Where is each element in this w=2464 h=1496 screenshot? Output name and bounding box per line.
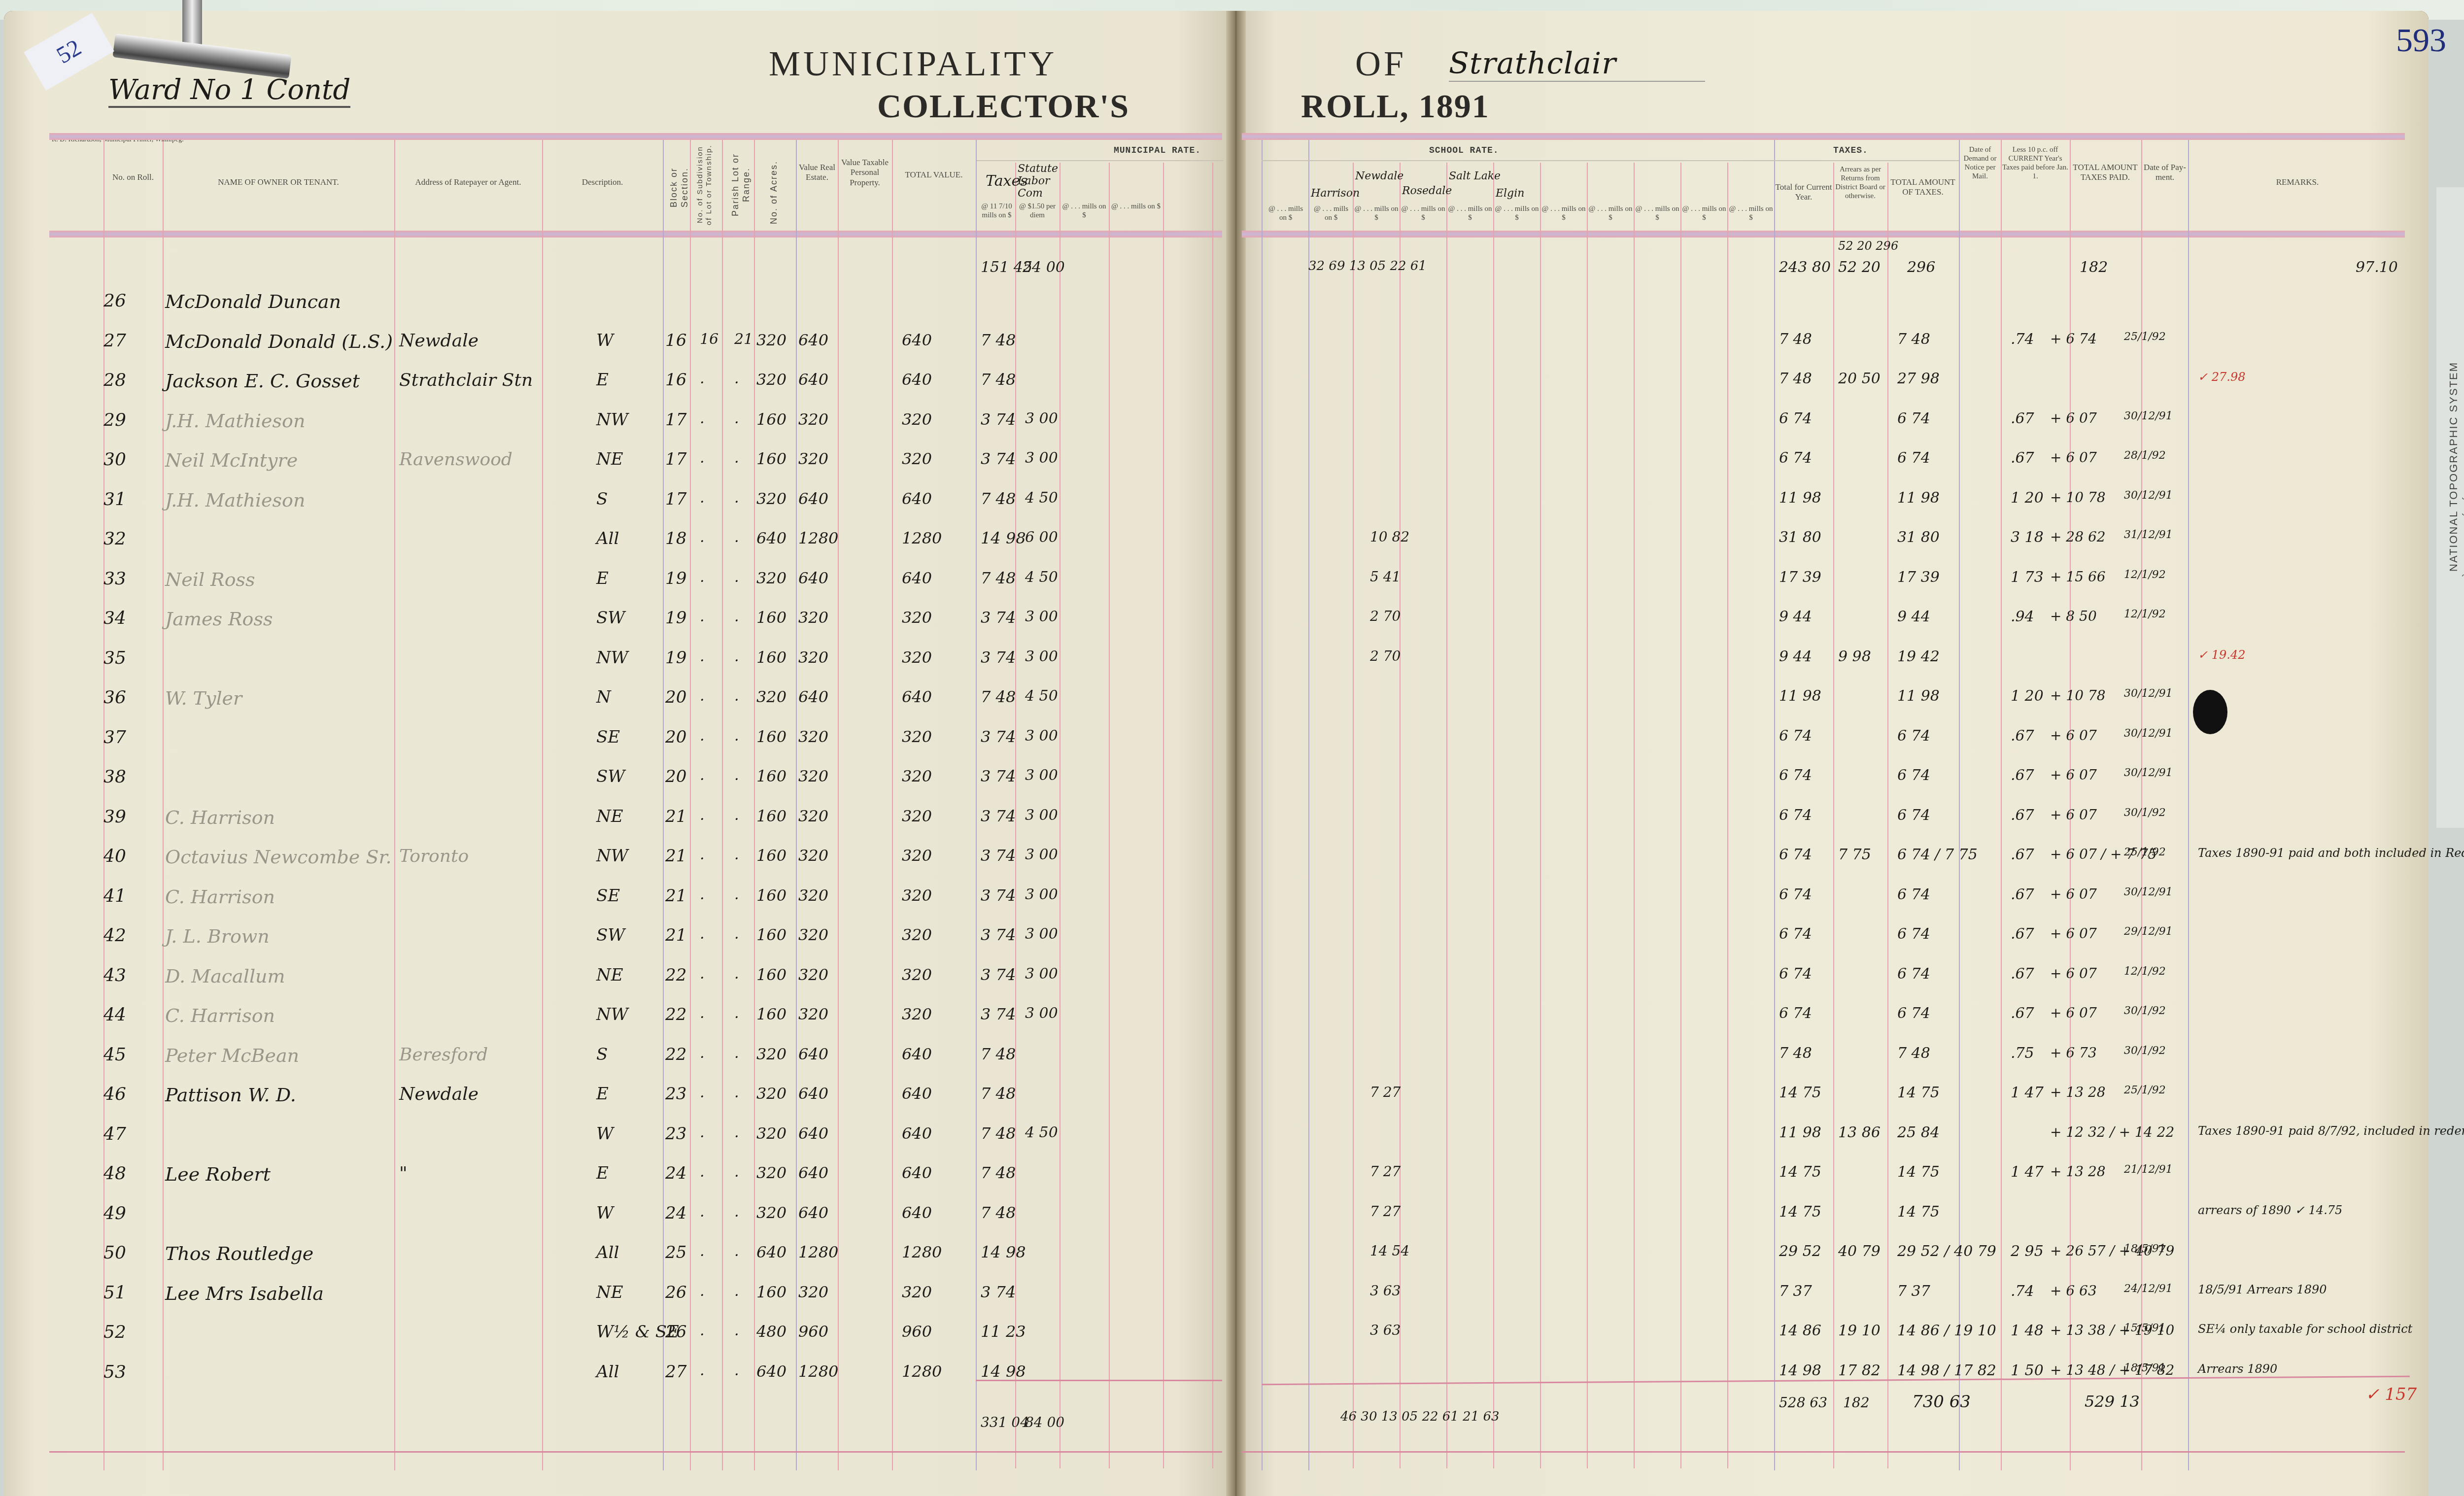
total-amount-taxes: 31 80 xyxy=(1897,529,1940,546)
row-number: 29 xyxy=(103,410,126,430)
header-total-paid: TOTAL AMOUNT TAXES PAID. xyxy=(2071,163,2140,183)
acres: 480 xyxy=(756,1322,787,1341)
rule xyxy=(1774,160,1959,161)
parish-lot: . xyxy=(734,529,739,546)
description: N xyxy=(596,687,611,707)
rule xyxy=(1587,163,1588,1468)
total-arrears: 182 xyxy=(1843,1394,1869,1411)
row-number: 49 xyxy=(103,1203,126,1224)
rule xyxy=(1680,163,1681,1468)
parish-lot: . xyxy=(734,1084,739,1101)
subdivision: . xyxy=(700,449,705,467)
school-rate-5: @ . . . mills on $ xyxy=(1495,204,1539,222)
total-amount-taxes: 11 98 xyxy=(1897,687,1940,705)
subdivision: . xyxy=(700,846,705,863)
block-section: 21 xyxy=(665,807,686,826)
subdivision: . xyxy=(700,1322,705,1339)
discount-10pc: .67 xyxy=(2011,965,2034,983)
remarks: 18/5/91 Arrears 1890 xyxy=(2198,1283,2327,1296)
acres: 160 xyxy=(756,767,787,785)
description: NW xyxy=(596,1005,628,1024)
parish-lot: . xyxy=(734,489,739,507)
total-amount-taxes: 7 37 xyxy=(1897,1283,1930,1300)
title-of: OF xyxy=(1355,43,1406,84)
total-current-year: 17 39 xyxy=(1779,569,1821,586)
discount-10pc: 1 47 xyxy=(2011,1163,2044,1181)
header-band-top-left xyxy=(49,133,1222,140)
date-of-payment: 30/12/91 xyxy=(2124,727,2173,740)
row-number: 38 xyxy=(103,767,126,787)
ratepayer-address: Strathclair Stn xyxy=(399,370,533,390)
school-tax: 2 70 xyxy=(1370,608,1401,624)
school-rate-6: @ . . . mills on $ xyxy=(1541,204,1586,222)
subdivision: . xyxy=(700,1163,705,1181)
parish-lot: . xyxy=(734,648,739,665)
total-taxes-paid: + 6 73 xyxy=(2050,1045,2097,1061)
muni-sub-rate-3: @ . . . mills on $ xyxy=(1061,202,1108,220)
statute-labor: 3 00 xyxy=(1025,965,1058,983)
acres: 160 xyxy=(756,886,787,905)
statute-labor: 3 00 xyxy=(1025,1005,1058,1022)
subdivision: . xyxy=(700,767,705,784)
remarks: ✓ 27.98 xyxy=(2198,370,2245,384)
row-number: 39 xyxy=(103,807,126,827)
header-taxes: TAXES. xyxy=(1833,146,1868,156)
ratepayer-address: Toronto xyxy=(399,846,469,866)
statute-labor: 3 00 xyxy=(1025,727,1058,745)
owner-name: Neil McIntyre xyxy=(165,449,298,471)
total-taxes-paid: + 6 07 xyxy=(2050,925,2097,942)
row-number: 37 xyxy=(103,727,126,748)
acres: 320 xyxy=(756,1163,787,1182)
owner-name: Peter McBean xyxy=(165,1045,299,1066)
statute-labor: 3 00 xyxy=(1025,886,1058,903)
description: NE xyxy=(596,965,623,985)
total-value: 640 xyxy=(902,1163,932,1182)
total-value: 320 xyxy=(902,807,932,825)
discount-10pc: 1 73 xyxy=(2011,569,2044,586)
acres: 640 xyxy=(756,1243,787,1261)
block-section: 22 xyxy=(665,1005,686,1024)
discount-10pc: 3 18 xyxy=(2011,529,2044,546)
block-section: 24 xyxy=(665,1203,686,1223)
side-label-strip: NATIONAL TOPOGRAPHIC SYSTEM SYSTÈME DE R… xyxy=(2436,187,2464,828)
cf-school: 32 69 13 05 22 61 xyxy=(1308,259,1427,273)
discount-10pc: .67 xyxy=(2011,886,2034,903)
ratepayer-address: Newdale xyxy=(399,1084,479,1104)
rule xyxy=(1262,140,1263,1470)
value-real-estate: 1280 xyxy=(798,1362,838,1381)
municipal-taxes: 14 98 xyxy=(981,529,1026,547)
cf-total-current: 243 80 xyxy=(1779,259,1831,276)
total-taxes-paid: + 6 63 xyxy=(2050,1283,2097,1299)
description: SE xyxy=(596,727,620,747)
arrears: 40 79 xyxy=(1838,1243,1881,1260)
description: NE xyxy=(596,807,623,826)
total-amount-taxes: 29 52 / 40 79 xyxy=(1897,1243,1996,1260)
rule xyxy=(1727,163,1728,1468)
total-current-year: 11 98 xyxy=(1779,687,1821,705)
ratepayer-address: Ravenswood xyxy=(399,449,513,470)
municipal-taxes: 3 74 xyxy=(981,608,1016,627)
discount-10pc: 1 20 xyxy=(2011,687,2044,705)
total-value: 640 xyxy=(902,331,932,349)
total-value: 640 xyxy=(902,370,932,389)
header-no-on-roll: No. on Roll. xyxy=(104,172,162,182)
description: All xyxy=(596,529,619,548)
parish-lot: . xyxy=(734,1243,739,1260)
date-of-payment: 30/12/91 xyxy=(2124,489,2173,502)
school-tax: 10 82 xyxy=(1370,529,1409,545)
total-current-year: 9 44 xyxy=(1779,648,1812,665)
municipal-taxes: 3 74 xyxy=(981,886,1016,905)
total-taxes-paid: + 8 50 xyxy=(2050,608,2097,624)
total-amount-taxes: 14 75 xyxy=(1897,1163,1940,1181)
school-tax: 14 54 xyxy=(1370,1243,1409,1259)
side-label-1: NATIONAL TOPOGRAPHIC SYSTEM xyxy=(2447,362,2460,572)
total-amount-taxes: 7 48 xyxy=(1897,331,1930,348)
header-acres: No. of Acres. xyxy=(769,158,780,227)
row-number: 30 xyxy=(103,449,126,470)
parish-lot: . xyxy=(734,1203,739,1221)
cf-arrears: 52 20 xyxy=(1838,259,1881,276)
total-value: 640 xyxy=(902,489,932,508)
arrears: 20 50 xyxy=(1838,370,1881,387)
total-value: 320 xyxy=(902,727,932,746)
rule xyxy=(1446,163,1447,1468)
value-real-estate: 320 xyxy=(798,727,828,746)
owner-name: James Ross xyxy=(165,608,273,630)
subdivision: . xyxy=(700,529,705,546)
total-school: 46 30 13 05 22 61 21 63 xyxy=(1340,1409,1500,1424)
header-municipal-rate: MUNICIPAL RATE. xyxy=(1114,146,1201,156)
header-name: NAME OF OWNER OR TENANT. xyxy=(164,177,393,187)
municipal-taxes: 11 23 xyxy=(981,1322,1026,1341)
total-current-year: 6 74 xyxy=(1779,767,1812,784)
date-of-payment: 21/12/91 xyxy=(2124,1163,2173,1176)
school-tax: 3 63 xyxy=(1370,1283,1401,1299)
owner-name: J.H. Mathieson xyxy=(165,410,305,432)
block-section: 25 xyxy=(665,1243,686,1262)
discount-10pc: .67 xyxy=(2011,767,2034,784)
total-amount-taxes: 6 74 xyxy=(1897,965,1930,983)
subdivision: . xyxy=(700,489,705,507)
block-section: 23 xyxy=(665,1084,686,1104)
discount-10pc: .67 xyxy=(2011,1005,2034,1022)
rule xyxy=(1262,160,1774,161)
discount-10pc: 1 20 xyxy=(2011,489,2044,507)
total-amount-taxes: 14 86 / 19 10 xyxy=(1897,1322,1996,1339)
total-current-year: 7 37 xyxy=(1779,1283,1812,1300)
total-amount-taxes: 14 75 xyxy=(1897,1084,1940,1101)
total-taxes-paid: + 28 62 xyxy=(2050,529,2106,545)
total-amount-taxes: 6 74 xyxy=(1897,767,1930,784)
total-taxes-paid: + 6 07 xyxy=(2050,1005,2097,1021)
municipal-taxes: 3 74 xyxy=(981,449,1016,468)
total-current-year: 14 75 xyxy=(1779,1163,1821,1181)
municipal-taxes: 7 48 xyxy=(981,1124,1016,1143)
discount-10pc: .67 xyxy=(2011,410,2034,427)
statute-labor: 3 00 xyxy=(1025,767,1058,784)
total-statute: 84 00 xyxy=(1025,1414,1064,1430)
rule xyxy=(892,140,893,1470)
total-value: 1280 xyxy=(902,529,942,547)
owner-name: Pattison W. D. xyxy=(165,1084,296,1106)
value-real-estate: 640 xyxy=(798,1124,828,1143)
acres: 160 xyxy=(756,1283,787,1301)
muni-sub-rate-taxes: @ 11 7/10 mills on $ xyxy=(978,202,1015,220)
subdivision: . xyxy=(700,1362,705,1379)
total-current-year: 31 80 xyxy=(1779,529,1821,546)
total-value: 320 xyxy=(902,449,932,468)
description: SE xyxy=(596,886,620,906)
municipal-taxes: 3 74 xyxy=(981,846,1016,865)
rule xyxy=(1308,140,1309,1470)
block-section: 17 xyxy=(665,410,686,430)
date-of-payment: 30/1/92 xyxy=(2124,1045,2166,1057)
subdivision: . xyxy=(700,965,705,983)
parish-lot: . xyxy=(734,449,739,467)
description: E xyxy=(596,1084,609,1104)
arrears: 9 98 xyxy=(1838,648,1871,665)
school-rate-3: @ . . . mills on $ xyxy=(1401,204,1445,222)
school-rate-1: @ . . . mills on $ xyxy=(1310,204,1352,222)
date-of-payment: 30/1/92 xyxy=(2124,1005,2166,1017)
value-real-estate: 320 xyxy=(798,807,828,825)
discount-10pc: .67 xyxy=(2011,807,2034,824)
block-section: 26 xyxy=(665,1283,686,1302)
municipal-taxes: 3 74 xyxy=(981,1283,1016,1301)
total-amount-taxes: 19 42 xyxy=(1897,648,1940,665)
date-of-payment: 12/1/92 xyxy=(2124,965,2166,978)
row-number: 41 xyxy=(103,886,126,906)
row-number: 40 xyxy=(103,846,126,866)
owner-name: Thos Routledge xyxy=(165,1243,313,1264)
value-real-estate: 320 xyxy=(798,648,828,667)
total-remarks: ✓ 157 xyxy=(2365,1385,2417,1404)
block-section: 21 xyxy=(665,886,686,906)
description: E xyxy=(596,370,609,390)
parish-lot: . xyxy=(734,1163,739,1181)
subdivision: . xyxy=(700,1203,705,1221)
block-section: 23 xyxy=(665,1124,686,1144)
value-real-estate: 320 xyxy=(798,1283,828,1301)
acres: 320 xyxy=(756,1084,787,1103)
owner-name: Lee Robert xyxy=(165,1163,271,1185)
municipal-taxes: 3 74 xyxy=(981,767,1016,785)
rule xyxy=(394,140,395,1470)
municipal-taxes: 3 74 xyxy=(981,727,1016,746)
remarks: Taxes 1890-91 paid 8/7/92, included in r… xyxy=(2198,1124,2464,1138)
total-current-year: 9 44 xyxy=(1779,608,1812,625)
value-real-estate: 640 xyxy=(798,331,828,349)
total-muni-taxes: 331 04 xyxy=(981,1414,1029,1430)
rule xyxy=(2188,140,2189,1470)
total-current: 528 63 xyxy=(1779,1394,1827,1411)
statute-labor: 3 00 xyxy=(1025,608,1058,625)
municipal-taxes: 14 98 xyxy=(981,1243,1026,1261)
total-paid: 529 13 xyxy=(2085,1392,2140,1411)
header-total-amount: TOTAL AMOUNT OF TAXES. xyxy=(1888,177,1957,198)
value-real-estate: 640 xyxy=(798,1203,828,1222)
rule xyxy=(1887,163,1888,1468)
row-number: 50 xyxy=(103,1243,126,1263)
discount-10pc: .75 xyxy=(2011,1045,2034,1062)
row-number: 26 xyxy=(103,291,126,311)
arrears: 7 75 xyxy=(1838,846,1871,863)
header-address: Address of Ratepayer or Agent. xyxy=(395,177,541,187)
rule xyxy=(722,140,723,1470)
discount-10pc: 1 48 xyxy=(2011,1322,2044,1339)
rule xyxy=(1400,163,1401,1468)
date-of-payment: 29/12/91 xyxy=(2124,925,2173,938)
description: NW xyxy=(596,648,628,668)
parish-lot: . xyxy=(734,687,739,705)
total-value: 640 xyxy=(902,1084,932,1103)
header-subdivision: No. of Subdivision of Lot or Township. xyxy=(696,143,714,227)
discount-10pc: .67 xyxy=(2011,846,2034,863)
rule xyxy=(838,140,839,1470)
total-value: 640 xyxy=(902,1045,932,1063)
rule xyxy=(1109,163,1110,1468)
statute-labor: 4 50 xyxy=(1025,569,1058,586)
subdivision: . xyxy=(700,886,705,903)
rule xyxy=(1353,163,1354,1468)
date-of-payment: 25/1/92 xyxy=(2124,1084,2166,1096)
total-current-year: 6 74 xyxy=(1779,449,1812,467)
municipal-taxes: 7 48 xyxy=(981,569,1016,587)
ratepayer-address: " xyxy=(399,1163,408,1184)
value-real-estate: 1280 xyxy=(798,529,838,547)
discount-10pc: 2 95 xyxy=(2011,1243,2044,1260)
cf-total-amount: 296 xyxy=(1907,259,1935,276)
total-taxes-paid: + 6 07 xyxy=(2050,449,2097,466)
municipal-taxes: 7 48 xyxy=(981,331,1016,349)
date-of-payment: 30/1/92 xyxy=(2124,807,2166,819)
total-amount-taxes: 14 98 / 17 82 xyxy=(1897,1362,1996,1379)
acres: 320 xyxy=(756,370,787,389)
remarks: Arrears 1890 xyxy=(2198,1362,2277,1376)
total-taxes-paid: + 6 07 xyxy=(2050,727,2097,744)
description: E xyxy=(596,569,609,588)
description: SW xyxy=(596,925,625,945)
title-collectors: COLLECTOR'S xyxy=(877,87,1129,126)
value-real-estate: 320 xyxy=(798,608,828,627)
block-section: 27 xyxy=(665,1362,686,1382)
parish-lot: . xyxy=(734,886,739,903)
statute-labor: 3 00 xyxy=(1025,410,1058,427)
acres: 160 xyxy=(756,807,787,825)
header-arrears: Arrears as per Returns from District Boa… xyxy=(1834,165,1886,201)
owner-name: Octavius Newcombe Sr. xyxy=(165,846,392,868)
row-number: 32 xyxy=(103,529,126,549)
total-value: 1280 xyxy=(902,1243,942,1261)
ratepayer-address: Newdale xyxy=(399,331,479,351)
rule xyxy=(1060,163,1061,1468)
block-section: 21 xyxy=(665,846,686,866)
owner-name: Jackson E. C. Gosset xyxy=(165,370,360,392)
school-tax: 2 70 xyxy=(1370,648,1401,664)
owner-name: D. Macallum xyxy=(165,965,285,987)
cf-arrears-above: 52 20 296 xyxy=(1838,239,1898,253)
municipality-name: Strathclair xyxy=(1449,46,1705,82)
date-of-payment: 28/1/92 xyxy=(2124,449,2166,462)
school-sub-elgin: Elgin xyxy=(1496,187,1524,200)
block-section: 22 xyxy=(665,1045,686,1064)
parish-lot: . xyxy=(734,965,739,983)
remarks: arrears of 1890 ✓ 14.75 xyxy=(2198,1203,2342,1217)
parish-lot: . xyxy=(734,1005,739,1022)
cf-remarks: 97.10 xyxy=(2356,259,2398,276)
school-tax: 5 41 xyxy=(1370,569,1401,585)
total-amount-taxes: 11 98 xyxy=(1897,489,1940,507)
school-tax: 7 27 xyxy=(1370,1203,1401,1220)
parish-lot: . xyxy=(734,1283,739,1300)
muni-sub-rate-statute: @ $1.50 per diem xyxy=(1016,202,1059,220)
total-value: 320 xyxy=(902,886,932,905)
total-value: 640 xyxy=(902,1203,932,1222)
total-current-year: 7 48 xyxy=(1779,370,1812,387)
value-real-estate: 640 xyxy=(798,370,828,389)
parish-lot: . xyxy=(734,569,739,586)
description: All xyxy=(596,1243,619,1262)
total-taxes-paid: + 6 07 xyxy=(2050,965,2097,982)
school-rate-10: @ . . . mills on $ xyxy=(1729,204,1773,222)
total-value: 320 xyxy=(902,767,932,785)
subdivision: . xyxy=(700,1005,705,1022)
total-value: 640 xyxy=(902,569,932,587)
total-value: 320 xyxy=(902,846,932,865)
row-number: 27 xyxy=(103,331,126,351)
header-value-real: Value Real Estate. xyxy=(797,163,837,183)
subdivision: . xyxy=(700,648,705,665)
rule xyxy=(1163,163,1164,1468)
total-value: 320 xyxy=(902,965,932,984)
remarks: Taxes 1890-91 paid and both included in … xyxy=(2198,846,2464,860)
total-taxes-paid: + 13 28 xyxy=(2050,1084,2106,1100)
subdivision: . xyxy=(700,807,705,824)
subdivision: . xyxy=(700,370,705,387)
statute-labor: 3 00 xyxy=(1025,648,1058,665)
date-of-payment: 15/5/91 xyxy=(2124,1322,2166,1334)
rule xyxy=(2001,140,2002,1470)
header-school-rate: SCHOOL RATE. xyxy=(1429,146,1499,156)
block-section: 16 xyxy=(665,370,686,390)
total-rule-left xyxy=(976,1380,1222,1381)
value-real-estate: 640 xyxy=(798,569,828,587)
parish-lot: . xyxy=(734,807,739,824)
total-value: 320 xyxy=(902,1005,932,1023)
subdivision: . xyxy=(700,608,705,625)
parish-lot: . xyxy=(734,846,739,863)
date-of-payment: 12/1/92 xyxy=(2124,608,2166,620)
rule xyxy=(754,140,755,1470)
total-current-year: 11 98 xyxy=(1779,489,1821,507)
total-current-year: 7 48 xyxy=(1779,331,1812,348)
row-number: 35 xyxy=(103,648,126,668)
owner-name: W. Tyler xyxy=(165,687,242,709)
total-amount-taxes: 9 44 xyxy=(1897,608,1930,625)
acres: 320 xyxy=(756,1124,787,1143)
title-roll-year: ROLL, 1891 xyxy=(1301,87,1490,126)
date-of-payment: 30/12/91 xyxy=(2124,410,2173,422)
row-number: 51 xyxy=(103,1283,126,1303)
rule xyxy=(1540,163,1541,1468)
header-total-value: TOTAL VALUE. xyxy=(893,170,975,180)
description: W xyxy=(596,1203,614,1223)
statute-labor: 4 50 xyxy=(1025,1124,1058,1141)
total-amount-taxes: 6 74 xyxy=(1897,449,1930,467)
